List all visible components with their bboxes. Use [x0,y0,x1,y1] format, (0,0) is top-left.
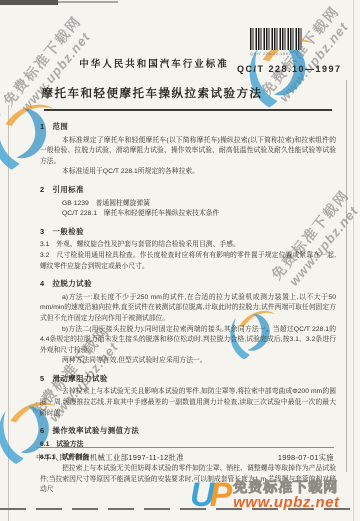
section-3-heading: 3 一般检验 [40,227,336,238]
section-4-paragraph: a)方法一:取长度不少于250 mm的试件,在合适的拉力试验机或测力装置上,以不… [40,293,336,325]
section-4-heading: 4 拉脱力试验 [40,279,336,290]
reference-item: GB 1239 普通圆柱螺旋弹簧 [40,199,336,210]
section-3-clause: 3.2 尺寸检验用通用检具检查。作长度检查时应将所有有影响的零件置于规定位置或紧… [40,251,336,272]
scan-edge-right [346,80,347,472]
title-divider [44,109,332,111]
section-1-paragraph: 本标准适用于QC/T 228.1所规定的各种拉索。 [40,167,336,178]
section-4-paragraph: 两种方法同等有效,但型式试验时应采用方法一。 [40,356,336,367]
section-2-heading: 2 引用标准 [40,185,336,196]
section-4-paragraph: b)方法二(用于接头拉脱力):同时固定拉索两端的接头,其余同方法一。当超过QC/… [40,325,336,357]
section-1-paragraph: 本标准规定了摩托车和轻便摩托车(以下简称摩托车)操纵拉索(以下简称拉索)和拉索组… [40,136,336,168]
standard-number: QC/T 228.10—1997 [237,64,342,74]
section-3-clause: 3.1 外观、螺纹旋合性及护套与套管的结合检验采用目测、手感。 [40,240,336,251]
scan-edge-left [8,105,9,521]
document-body: 1 范围 本标准规定了摩托车和轻便摩托车(以下简称摩托车)操纵拉索(以下简称拉索… [40,115,336,496]
section-6-heading: 6 操作效率试验与测值方法 [40,426,336,437]
watermark-site-url: www.upbz.net [233,495,339,511]
barcode-image [250,28,302,50]
footer: 中华人民共和国机械工业部1997-11-12批准 1998-07-01实施 [36,447,334,463]
section-1-heading: 1 范围 [40,122,336,133]
scan-edge-right-outer [353,0,354,521]
approval-note: 中华人民共和国机械工业部1997-11-12批准 [36,452,184,463]
scanned-standard-page: { "header": { "org_label": "中华人民共和国汽车行业标… [0,0,360,521]
watermark-site-url: www.upbz.net [14,24,97,119]
scan-edge-bottom [0,508,360,510]
barcode-caption: QC/T 228.10-1997 [250,51,304,56]
implementation-note: 1998-07-01实施 [278,452,334,463]
reference-item: QC/T 228.1 摩托车和轻便摩托车操纵拉索技术条件 [40,209,336,220]
scan-edge-top-smudge [0,0,58,5]
section-5-paragraph: 去掉拉索上与本试验无关且影响本试验的零件,如防尘罩等,将拉索中部弯曲成Φ200 … [40,387,336,419]
page-title: 摩托车和轻便摩托车操纵拉索试验方法 [0,85,304,101]
section-5-heading: 5 滑动摩阻力试验 [40,374,336,385]
scan-edge-top-tail [58,1,118,3]
section-6-paragraph: 把拉索上与本试验无关但妨碍本试验的零件如防尘罩、销柱、调整螺母等取掉作为产品试验… [40,464,336,496]
